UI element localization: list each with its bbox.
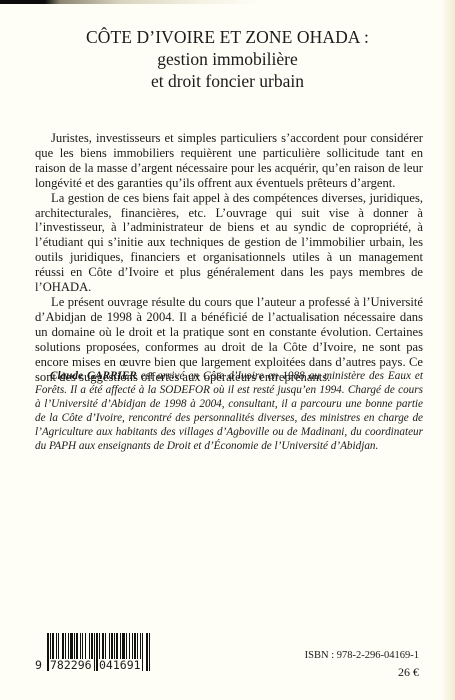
- isbn-text: ISBN : 978-2-296-04169-1: [305, 650, 419, 661]
- blurb-paragraph-2: La gestion de ces biens fait appel à des…: [35, 191, 423, 295]
- blurb-paragraph-1: Juristes, investisseurs et simples parti…: [35, 131, 423, 191]
- scan-top-edge: [0, 0, 455, 4]
- barcode-digits-left: 782296: [49, 659, 93, 672]
- author-bio-text: est arrivé en Côte d’Ivoire en 1988 au m…: [35, 370, 423, 452]
- blurb: Juristes, investisseurs et simples parti…: [35, 131, 423, 384]
- author-bio: Claude GARRIER est arrivé en Côte d’Ivoi…: [35, 370, 423, 453]
- title-line-3: et droit foncier urbain: [0, 70, 455, 92]
- isbn-barcode: 9 782296 041691: [34, 633, 150, 675]
- book-title: CÔTE D’IVOIRE ET ZONE OHADA : gestion im…: [0, 26, 455, 92]
- barcode-digit-first: 9: [34, 659, 43, 672]
- title-line-1: CÔTE D’IVOIRE ET ZONE OHADA :: [0, 26, 455, 48]
- title-line-2: gestion immobilière: [0, 48, 455, 70]
- barcode-digits-right: 041691: [98, 659, 142, 672]
- price-text: 26 €: [398, 665, 419, 680]
- page-right-edge: [441, 0, 455, 700]
- author-name: Claude GARRIER: [50, 370, 137, 382]
